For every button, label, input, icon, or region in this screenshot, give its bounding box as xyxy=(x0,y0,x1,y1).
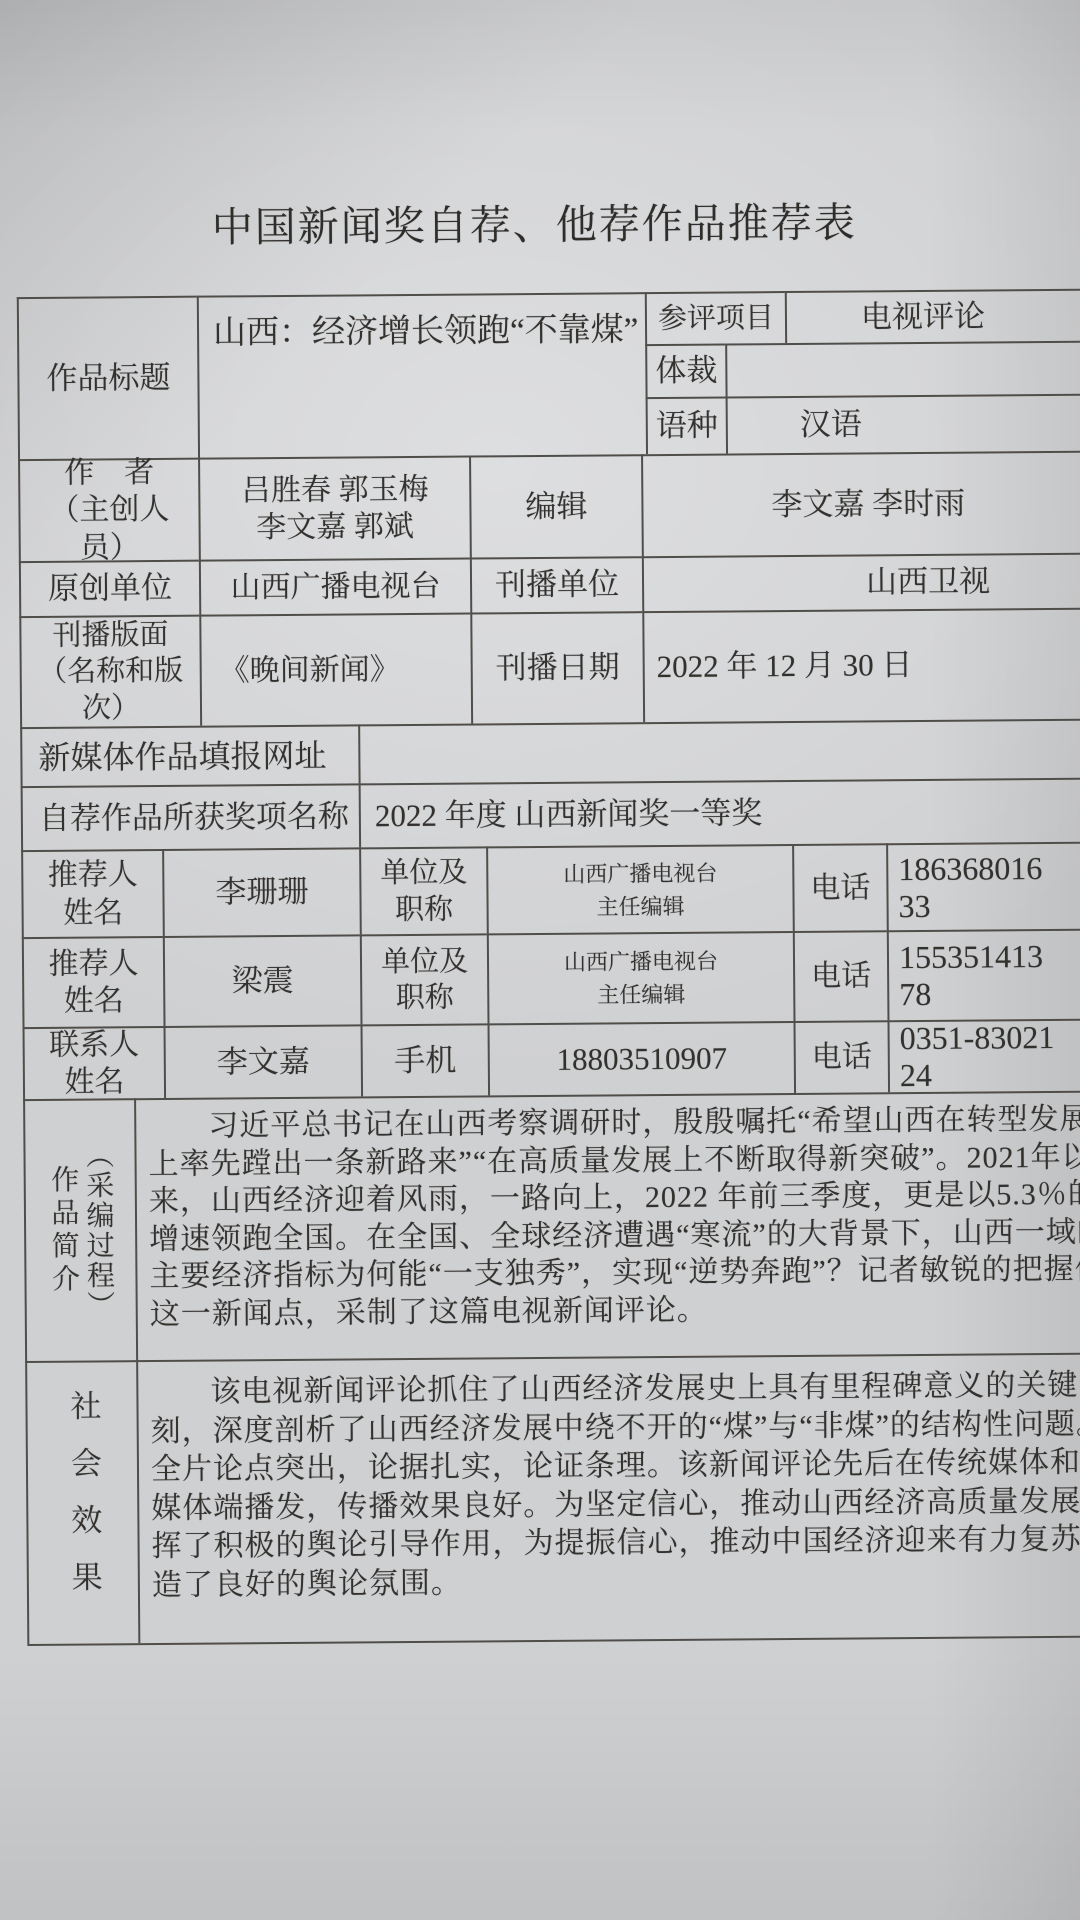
broadcast-date-value: 2022 年 12 月 30 日 xyxy=(642,607,1080,722)
recommender2-phone-number: 15535141378 xyxy=(899,938,1056,1013)
contact-phone-number: 0351-8302124 xyxy=(899,1019,1056,1094)
social-effect-label: 社会效果 xyxy=(25,1360,138,1644)
work-title-value: 山西：经济增长领跑“不靠煤” xyxy=(197,292,646,458)
recommender1-label: 推荐人 姓名 xyxy=(21,849,163,937)
contact-name: 李文嘉 xyxy=(164,1024,362,1098)
new-media-url-value xyxy=(358,718,1080,783)
language-value: 汉语 xyxy=(726,393,1080,453)
recommender1-phone: 18636801633 xyxy=(886,841,1080,930)
original-unit-label: 原创单位 xyxy=(19,560,199,616)
work-intro-label: 作品简介 （采编过程） xyxy=(23,1098,136,1361)
contact-phone-label: 电话 xyxy=(793,1020,888,1093)
work-intro-text: 习近平总书记在山西考察调研时，殷殷嘱托“希望山西在转型发展上率先蹚出一条新路来”… xyxy=(134,1090,1080,1360)
editor-value: 李文嘉 李时雨 xyxy=(641,450,1080,556)
broadcast-date-label: 刊播日期 xyxy=(470,611,643,723)
recommender2-phone: 15535141378 xyxy=(887,928,1080,1020)
work-intro-label-main: 作品简介 xyxy=(45,1165,81,1297)
original-unit-value: 山西广播电视台 xyxy=(199,558,470,615)
recommender1-unit-label: 单位及 职称 xyxy=(359,846,487,934)
recommender1-phone-label: 电话 xyxy=(792,843,887,931)
social-effect-text: 该电视新闻评论抓住了山西经济发展史上具有里程碑意义的关键时刻，深度剖析了山西经济… xyxy=(136,1352,1080,1643)
social-effect-label-text: 社会效果 xyxy=(62,1389,103,1617)
authors-label: 作 者 （主创人 员） xyxy=(18,458,199,561)
genre-label: 体裁 xyxy=(645,344,725,398)
recommender2-unit-label: 单位及 职称 xyxy=(360,933,488,1024)
recommender2-label: 推荐人 姓名 xyxy=(22,936,164,1027)
genre-value xyxy=(725,340,1080,396)
form-title: 中国新闻奖自荐、他荐作品推荐表 xyxy=(34,182,1035,260)
work-intro-label-paren: （采编过程） xyxy=(80,1140,116,1320)
broadcast-unit-label: 刊播单位 xyxy=(470,556,642,612)
recommender1-phone-number: 18636801633 xyxy=(898,850,1055,925)
broadcast-page-label: 刊播版面 （名称和版 次） xyxy=(19,615,200,727)
entry-item-value: 电视评论 xyxy=(785,288,1080,343)
contact-mobile: 18803510907 xyxy=(487,1021,794,1095)
contact-label: 联系人 姓名 xyxy=(23,1026,165,1099)
new-media-url-label: 新媒体作品填报网址 xyxy=(20,724,358,786)
authors-value: 吕胜春 郭玉梅 李文嘉 郭斌 xyxy=(198,456,470,560)
broadcast-page-value: 《晚间新闻》 xyxy=(199,613,471,726)
recommender2-unit: 山西广播电视台 主任编辑 xyxy=(487,931,794,1023)
recommender1-name: 李珊珊 xyxy=(162,847,360,936)
recommender1-unit: 山西广播电视台 主任编辑 xyxy=(486,844,793,933)
broadcast-unit-value: 山西卫视 xyxy=(642,552,1080,611)
recommender2-name: 梁震 xyxy=(163,934,361,1026)
recommender2-phone-label: 电话 xyxy=(793,930,888,1021)
work-title-label: 作品标题 xyxy=(17,296,198,459)
contact-phone: 0351-8302124 xyxy=(887,1018,1080,1092)
language-label: 语种 xyxy=(646,397,726,455)
contact-mobile-label: 手机 xyxy=(361,1023,489,1096)
self-award-value: 2022 年度 山西新闻奖一等奖 xyxy=(359,777,1080,847)
self-award-label: 自荐作品所获奖项名称 xyxy=(21,783,359,850)
entry-item-label: 参评项目 xyxy=(645,291,785,344)
editor-label: 编辑 xyxy=(469,454,642,557)
paper-form: 中国新闻奖自荐、他荐作品推荐表 作品标题 山西：经济增长领跑“不靠煤” 参评项目… xyxy=(0,0,1080,1920)
